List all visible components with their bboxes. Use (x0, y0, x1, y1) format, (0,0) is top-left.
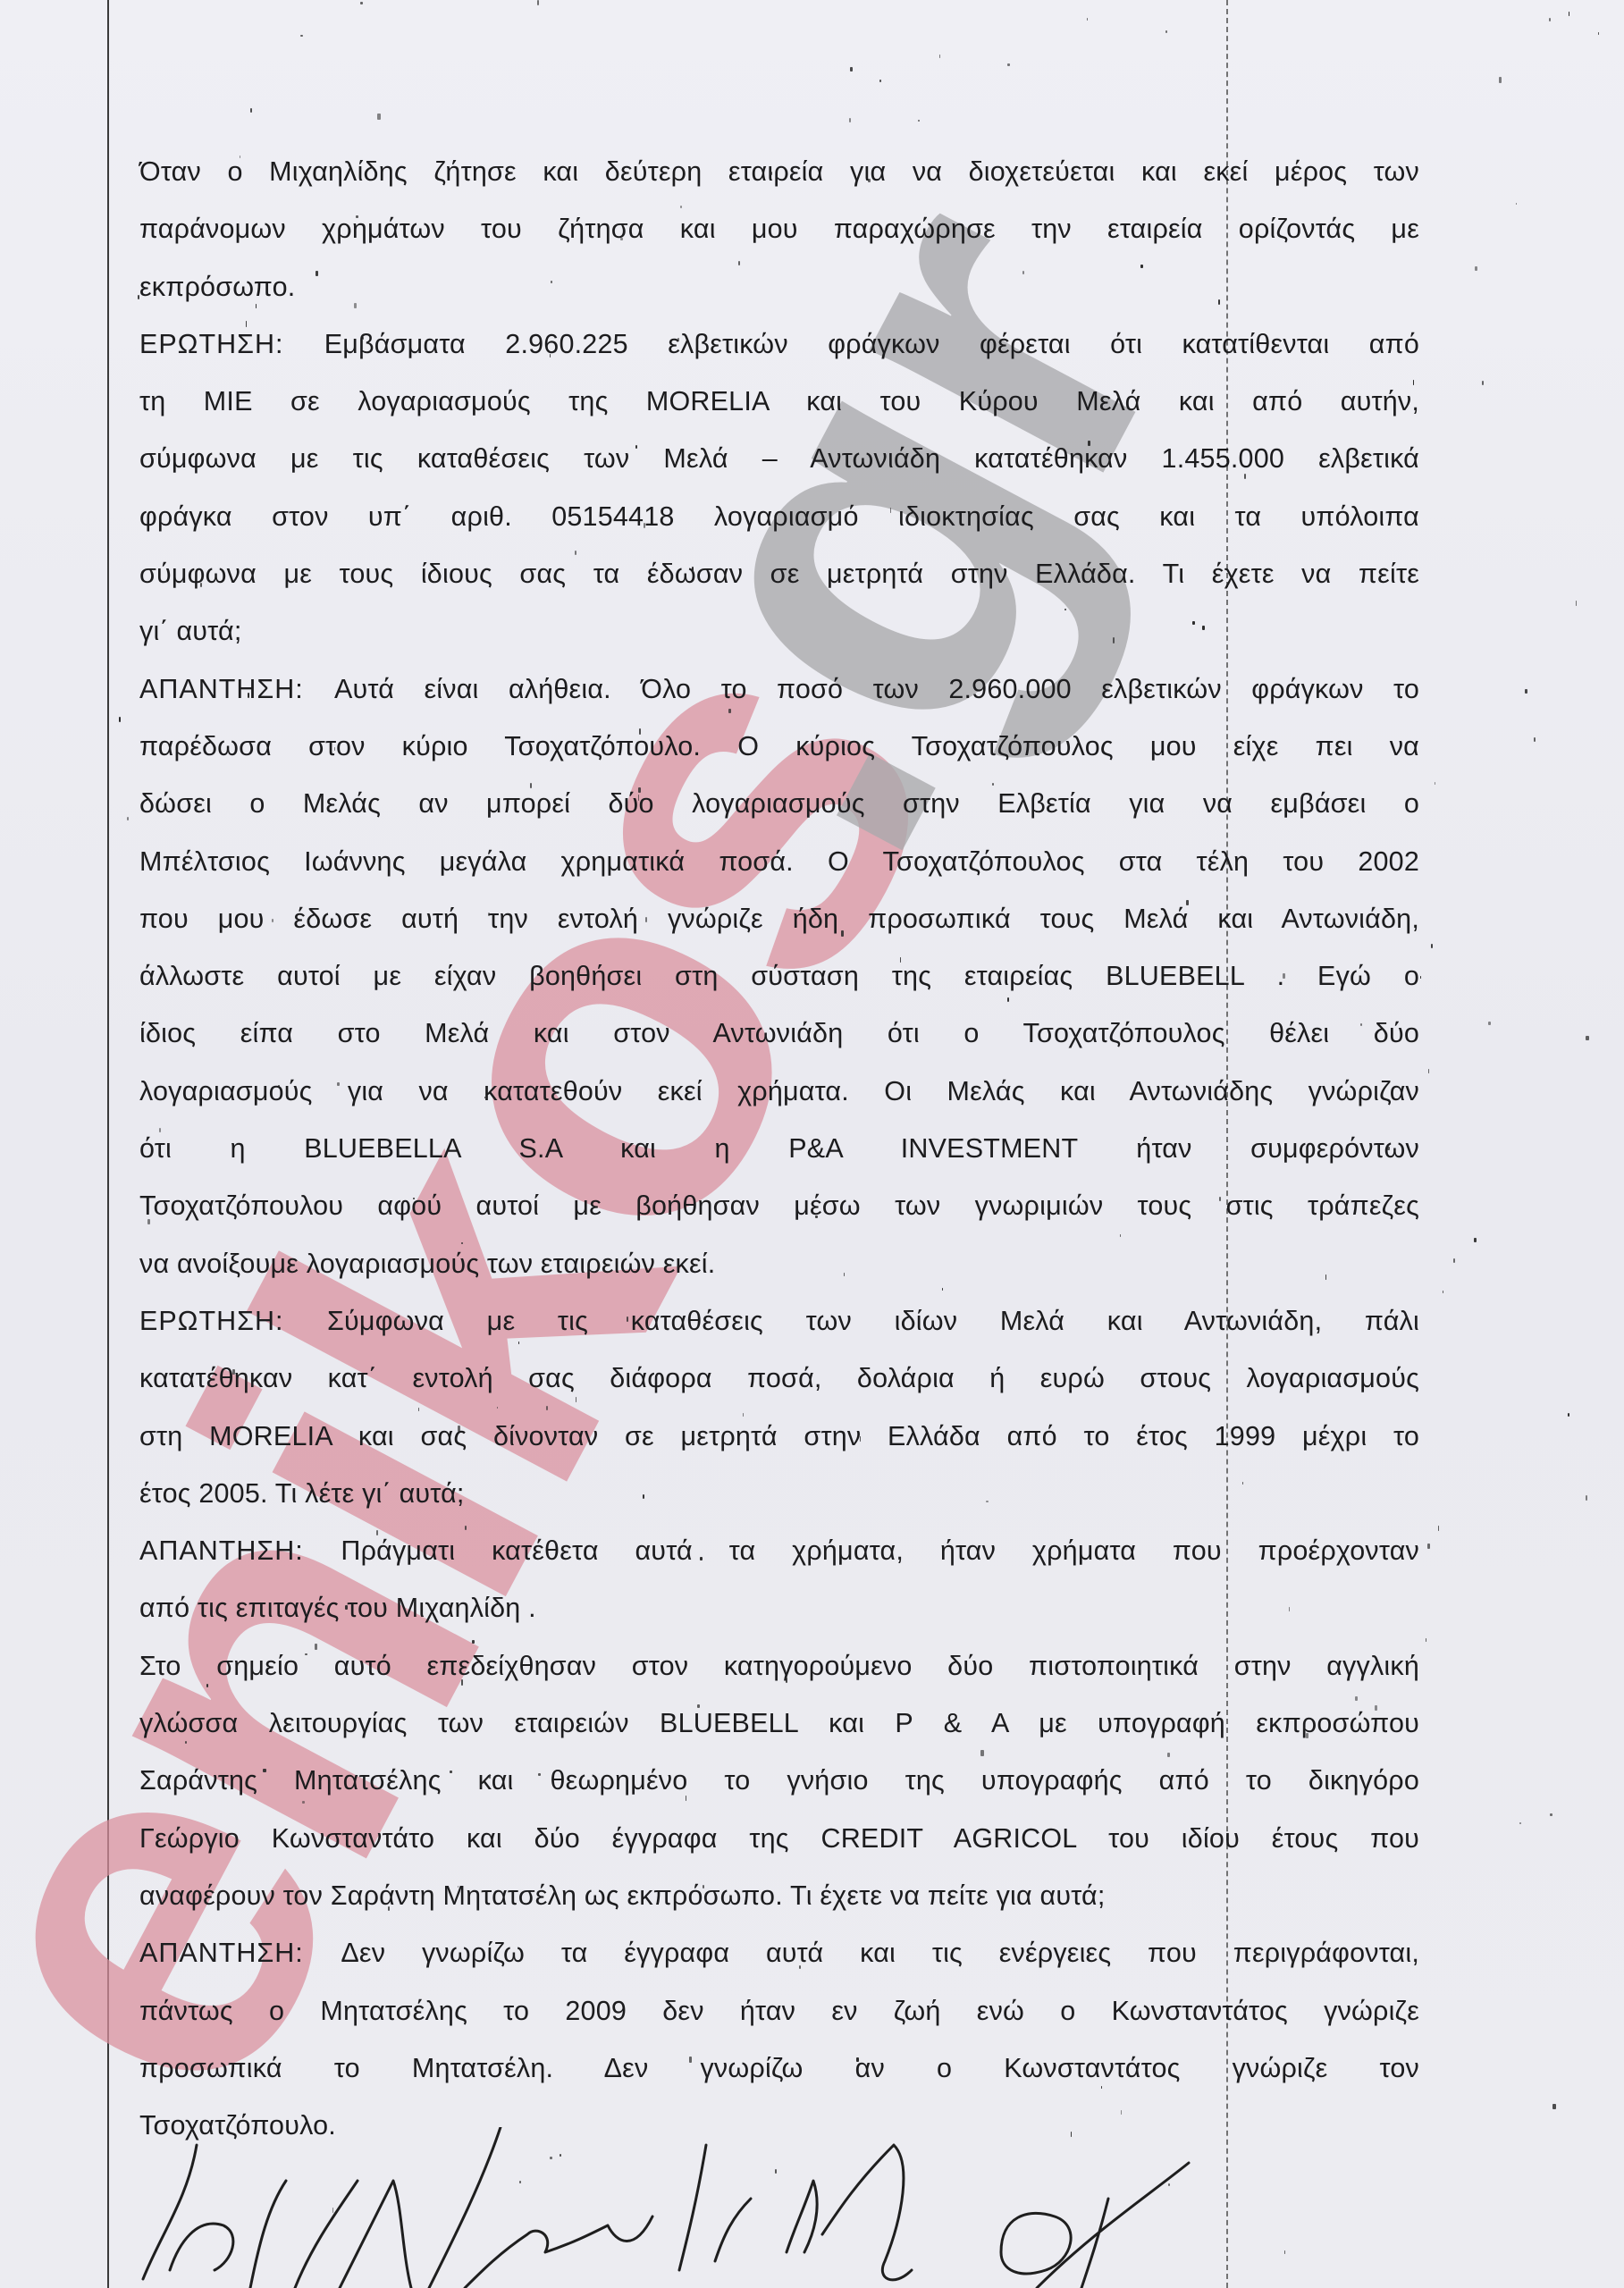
speck (1165, 30, 1167, 33)
speck (1435, 782, 1436, 785)
text-line: σύμφωνα με τις καταθέσεις των Μελά – Αντ… (139, 430, 1419, 487)
speck (240, 156, 240, 159)
speck (250, 108, 252, 113)
text-line: Μπέλτσιος Ιωάννης μεγάλα χρηματικά ποσά.… (139, 833, 1419, 890)
speck (1140, 265, 1143, 268)
speck (639, 728, 640, 735)
speck (489, 1774, 491, 1779)
speck (551, 281, 551, 283)
speck (356, 215, 358, 219)
speck (1022, 271, 1024, 274)
speck (849, 118, 851, 122)
speck (537, 0, 539, 5)
speck (868, 179, 871, 183)
speck (206, 1684, 208, 1688)
speck (703, 1885, 703, 1888)
speck (127, 817, 129, 820)
speck (1568, 1413, 1569, 1416)
speck (677, 338, 679, 341)
speck (1598, 32, 1599, 35)
signature-3 (787, 2145, 912, 2280)
speck (918, 120, 920, 122)
text-line: ΑΠΑΝΤΗΣΗ: Πράγματι κατέθετα αυτά τα χρήμ… (139, 1522, 1419, 1579)
speck (1355, 1696, 1358, 1701)
text-line: γι΄ αυτά; (139, 602, 1419, 660)
text-line: τη ΜΙΕ σε λογαριασμούς της MORELIA και τ… (139, 373, 1419, 430)
speck (332, 2208, 333, 2213)
text-line: από τις επιταγές του Μιχαηλίδη . (139, 1579, 1419, 1636)
speck (1576, 601, 1577, 606)
text-line: Στο σημείο αυτό επεδείχθησαν στον κατηγο… (139, 1637, 1419, 1695)
speck (1474, 1238, 1477, 1242)
question-label: ΕΡΩΤΗΣΗ: (139, 329, 324, 359)
speck (890, 508, 891, 513)
paragraph-answer: ΑΠΑΝΤΗΣΗ: Αυτά είναι αλήθεια. Όλο το ποσ… (139, 660, 1419, 1292)
speck (1202, 626, 1205, 630)
speck (1186, 900, 1189, 905)
speck (839, 1041, 840, 1046)
speck (302, 1801, 305, 1804)
speck (263, 1769, 265, 1772)
signature-1 (143, 2145, 358, 2288)
speck (1586, 1036, 1588, 1040)
speck (1121, 2110, 1122, 2116)
scanned-page: enikos .gr Όταν ο Μιχαηλίδης ζήτησε και … (0, 0, 1624, 2288)
text-line: γλώσσα λειτουργίας των εταιρειών BLUEBEL… (139, 1695, 1419, 1752)
speck (638, 795, 639, 801)
speck (1453, 1258, 1455, 1264)
speck (775, 2169, 776, 2173)
speck (1475, 266, 1477, 271)
speck (256, 304, 257, 309)
speck (1375, 1705, 1376, 1712)
transcript-body: Όταν ο Μιχαηλίδης ζήτησε και δεύτερη ετα… (139, 143, 1419, 2154)
text-line: λογαριασμούς για να κατατεθούν εκεί χρήμ… (139, 1063, 1419, 1120)
speck (530, 783, 532, 788)
speck (1007, 997, 1009, 1002)
speck (354, 303, 357, 307)
text-line: εκπρόσωπο. (139, 258, 1419, 315)
speck (147, 1219, 150, 1224)
speck (550, 354, 551, 357)
speck (360, 2, 363, 4)
text-line: παρέδωσα στον κύριο Τσοχατζόπουλο. Ο κύρ… (139, 718, 1419, 775)
speck (1167, 1753, 1170, 1757)
speck (1428, 1069, 1430, 1073)
speck (1443, 1291, 1443, 1293)
text-line: παράνομων χρημάτων του ζήτησα και μου πα… (139, 200, 1419, 257)
speck (786, 1678, 787, 1684)
speck (315, 1644, 316, 1650)
paragraph-question: ΕΡΩΤΗΣΗ: Εμβάσματα 2.960.225 ελβετικών φ… (139, 315, 1419, 660)
speck (550, 2157, 552, 2158)
paragraph-note: Στο σημείο αυτό επεδείχθησαν στον κατηγο… (139, 1637, 1419, 1924)
speck (1426, 1638, 1426, 1642)
speck (248, 693, 249, 697)
speck (1516, 203, 1518, 205)
speck (1387, 1147, 1390, 1150)
speck (815, 1215, 818, 1217)
question-label: ΕΡΩΤΗΣΗ: (139, 1306, 327, 1336)
speck (461, 1679, 463, 1686)
speck (856, 2057, 859, 2061)
speck (638, 787, 641, 793)
speck (700, 1557, 703, 1560)
speck (377, 114, 380, 120)
text-line: Γεώργιο Κωνσταντάτο και δύο έγγραφα της … (139, 1810, 1419, 1867)
speck (1218, 299, 1220, 305)
speck (472, 1640, 475, 1644)
speck (575, 551, 576, 555)
signature-4 (1001, 2163, 1189, 2288)
speck (1360, 1023, 1362, 1026)
speck (980, 1750, 983, 1755)
speck (900, 957, 901, 963)
speck (345, 1605, 348, 1610)
text-line: ΑΠΑΝΤΗΣΗ: Αυτά είναι αλήθεια. Όλο το ποσ… (139, 660, 1419, 718)
speck (458, 1426, 460, 1432)
speck (850, 67, 852, 72)
speck (1427, 1544, 1430, 1550)
speck (1525, 689, 1527, 694)
text-line: που μου έδωσε αυτή την εντολή γνώριζε ήδ… (139, 890, 1419, 947)
speck (620, 238, 623, 240)
text-line: προσωπικά το Μητατσέλη. Δεν γνωρίζω αν ο… (139, 2040, 1419, 2097)
text-line: Σαράντης Μητατσέλης και θεωρημένο το γνή… (139, 1752, 1419, 1809)
speck (1438, 1526, 1440, 1531)
text-line: δώσει ο Μελάς αν μπορεί δύο λογαριασμούς… (139, 775, 1419, 832)
speck (1488, 1022, 1491, 1025)
speck (1242, 1482, 1243, 1485)
speck (799, 1965, 800, 1969)
speck (1431, 944, 1433, 949)
speck (627, 1316, 628, 1322)
speck (1306, 1733, 1308, 1737)
speck (138, 295, 139, 299)
speck (1219, 1197, 1221, 1201)
speck (1586, 1495, 1586, 1500)
speck (300, 35, 303, 37)
speck (1192, 621, 1195, 625)
speck (484, 1097, 485, 1099)
text-line: ΑΠΑΝΤΗΣΗ: Δεν γνωρίζω τα έγγραφα αυτά κα… (139, 1924, 1419, 1981)
signatures-area (107, 2127, 1537, 2288)
speck (518, 1342, 519, 1344)
paragraph-continuation: Όταν ο Μιχαηλίδης ζήτησε και δεύτερη ετα… (139, 143, 1419, 315)
speck (232, 1369, 235, 1375)
text-line: ότι η BLUEBELLA S.A και η P&A INVESTMENT… (139, 1120, 1419, 1177)
text-line: ΕΡΩΤΗΣΗ: Εμβάσματα 2.960.225 ελβετικών φ… (139, 315, 1419, 373)
speck (538, 1773, 541, 1775)
speck (388, 1906, 390, 1912)
text-line: ίδιος είπα στο Μελά και στον Αντωνιάδη ό… (139, 1005, 1419, 1062)
answer-label: ΑΠΑΝΤΗΣΗ: (139, 674, 334, 704)
text-line: άλλωστε αυτοί με είχαν βοηθήσει στη σύστ… (139, 947, 1419, 1005)
speck (1283, 973, 1285, 979)
speck (119, 717, 121, 722)
text-line: έτος 2005. Τι λέτε γι΄ αυτά; (139, 1465, 1419, 1522)
text-line: κατατέθηκαν κατ΄ εντολή σας διάφορα ποσά… (139, 1350, 1419, 1407)
speck (1569, 12, 1569, 16)
speck (841, 930, 843, 937)
text-line: στη MORELIA και σας δίνονταν σε μετρητά … (139, 1408, 1419, 1465)
speck (1244, 474, 1246, 479)
paragraph-question: ΕΡΩΤΗΣΗ: Σύμφωνα με τις καταθέσεις των ι… (139, 1292, 1419, 1522)
speck (942, 1288, 943, 1291)
speck (692, 567, 694, 573)
answer-label: ΑΠΑΝΤΗΣΗ: (139, 1938, 341, 1968)
speck (458, 1886, 459, 1888)
text-line: σύμφωνα με τους ίδιους σας τα έδωσαν σε … (139, 545, 1419, 602)
speck (272, 919, 273, 922)
speck (376, 1530, 378, 1535)
answer-label: ΑΠΑΝΤΗΣΗ: (139, 1535, 341, 1566)
paragraph-answer: ΑΠΑΝΤΗΣΗ: Δεν γνωρίζω τα έγγραφα αυτά κα… (139, 1924, 1419, 2154)
speck (1007, 63, 1010, 66)
speck (686, 1796, 686, 1801)
speck (1087, 18, 1088, 21)
speck (728, 709, 731, 712)
speck (1549, 18, 1551, 22)
speck (1499, 77, 1502, 83)
speck (738, 261, 740, 265)
speck (1088, 441, 1090, 446)
speck (1552, 2104, 1555, 2109)
text-line: ΕΡΩΤΗΣΗ: Σύμφωνα με τις καταθέσεις των ι… (139, 1292, 1419, 1350)
text-line: φράγκα στον υπ΄ αριθ. 05154418 λογαριασμ… (139, 488, 1419, 545)
speck (1550, 1813, 1552, 1816)
speck (1113, 637, 1114, 643)
speck (1064, 609, 1066, 610)
speck (1482, 381, 1483, 385)
speck (465, 1526, 466, 1530)
text-line: να ανοίξουμε λογαριασμούς των εταιρειών … (139, 1235, 1419, 1292)
speck (689, 2057, 692, 2062)
paragraph-answer: ΑΠΑΝΤΗΣΗ: Πράγματι κατέθετα αυτά τα χρήμ… (139, 1522, 1419, 1637)
speck (697, 1704, 700, 1709)
speck (879, 80, 881, 82)
speck (986, 1501, 988, 1502)
speck (1534, 737, 1536, 741)
text-line: Τσοχατζόπουλου αφού αυτοί με βοήθησαν μέ… (139, 1177, 1419, 1234)
speck (1519, 1822, 1521, 1824)
speck (644, 523, 645, 528)
speck (159, 1128, 161, 1132)
speck (316, 271, 318, 276)
speck (337, 1082, 340, 1087)
left-margin-line (107, 0, 109, 2288)
text-line: πάντως ο Μητατσέλης το 2009 δεν ήταν εν … (139, 1982, 1419, 2040)
text-line: αναφέρουν τον Σαράντη Μητατσέλη ως εκπρό… (139, 1867, 1419, 1924)
speck (939, 55, 941, 58)
text-line: Όταν ο Μιχαηλίδης ζήτησε και δεύτερη ετα… (139, 143, 1419, 200)
signature-2 (340, 2127, 751, 2288)
speck (1420, 976, 1421, 979)
